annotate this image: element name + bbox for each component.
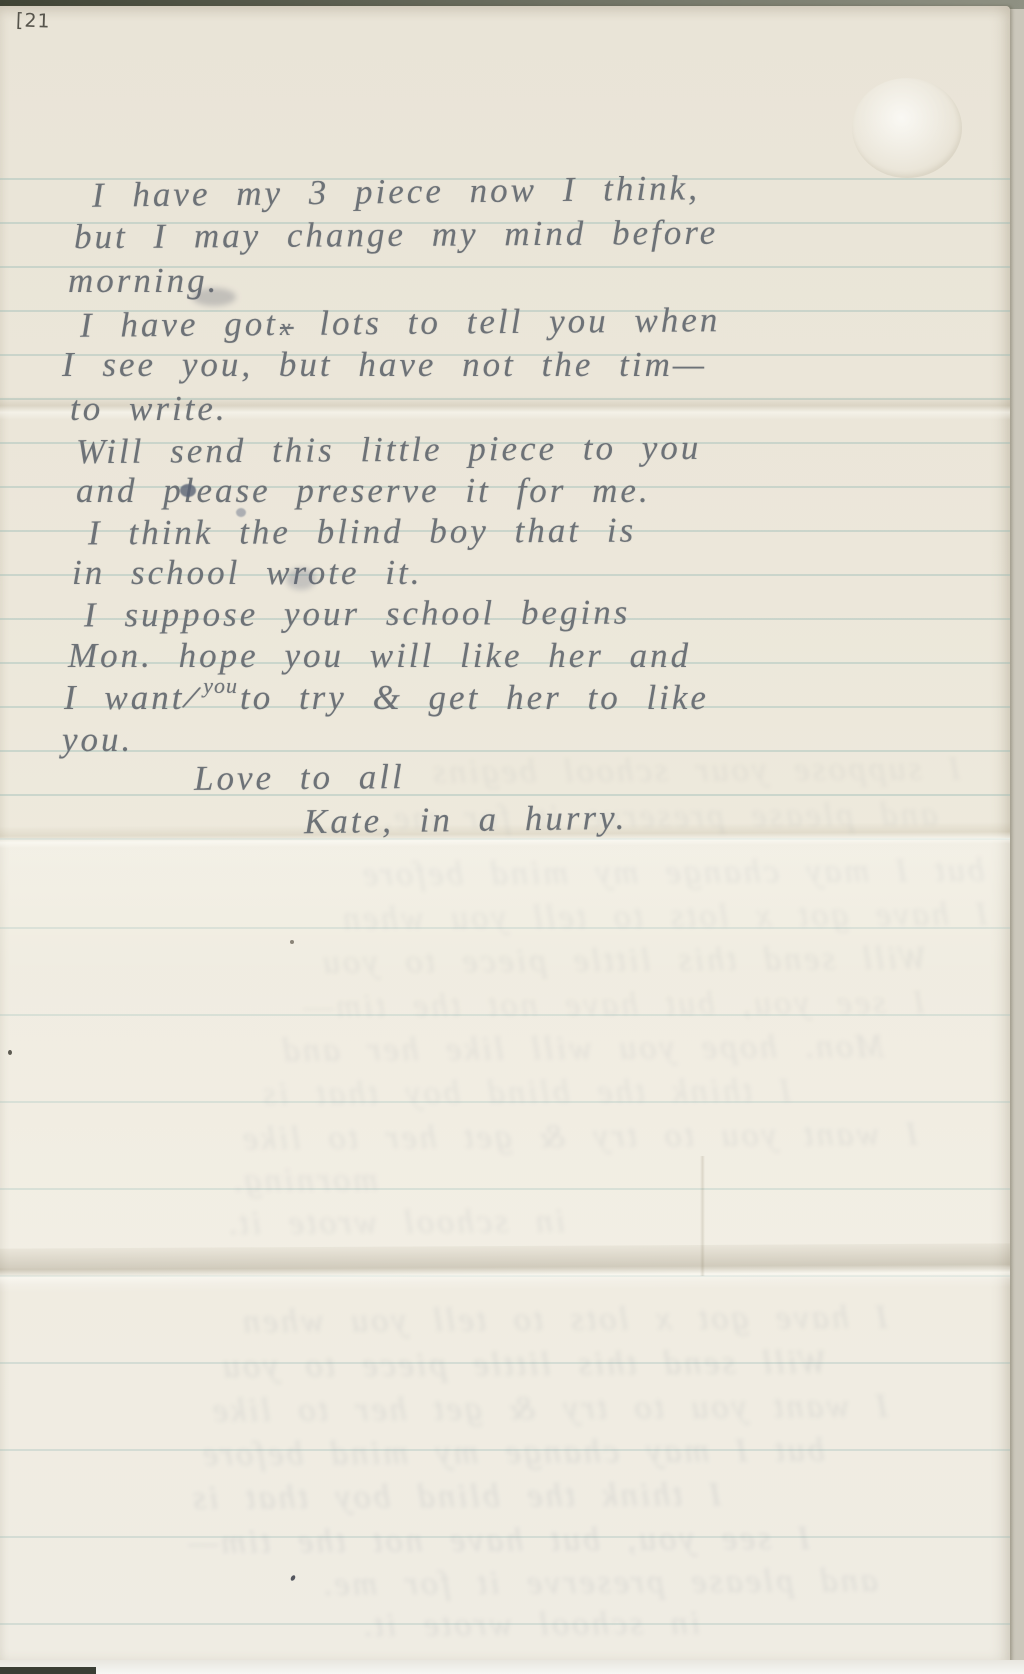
line-text: to try & get her to like bbox=[240, 678, 709, 717]
letter-line: I see you, but have not the tim— bbox=[62, 345, 707, 385]
ink-blot bbox=[180, 484, 196, 497]
letter-line: I have gotx lots to tell you when bbox=[80, 300, 721, 346]
ghost-line: I think the blind boy that is bbox=[190, 1476, 722, 1518]
line-text: lots to tell you when bbox=[319, 300, 720, 342]
letter-line: Will send this little piece to you bbox=[76, 428, 702, 472]
ghost-line: I want you to try & get her to like bbox=[240, 1116, 918, 1159]
letter-line: I want/youto try & get her to like bbox=[64, 678, 709, 718]
inserted-word: you bbox=[203, 673, 238, 698]
archival-number: [21 bbox=[16, 9, 51, 32]
letter-line: but I may change my mind before bbox=[74, 213, 718, 257]
ghost-line: and please preserve it for me. bbox=[380, 796, 938, 838]
line-text: I have got bbox=[80, 304, 278, 345]
ghost-line: in school wrote it. bbox=[360, 1605, 701, 1645]
letter-line: Mon. hope you will like her and bbox=[68, 636, 691, 676]
line-text: I want bbox=[64, 678, 184, 717]
scanner-edge-bottom-dark bbox=[0, 1667, 96, 1674]
letter-line: and please preserve it for me. bbox=[76, 471, 651, 511]
letter-line: to write. bbox=[70, 389, 228, 429]
fold-crease-lower bbox=[0, 1243, 1010, 1292]
ghost-line: Will send this little piece to you bbox=[320, 940, 927, 982]
paper-speck bbox=[8, 1050, 12, 1055]
ghost-line: I have got x lots to tell you when bbox=[240, 1299, 888, 1342]
letter-line: I have my 3 piece now I think, bbox=[92, 168, 700, 215]
insertion-caret: / bbox=[182, 677, 204, 719]
ghost-line: but I may change my mind before bbox=[200, 1432, 825, 1474]
paper-speck bbox=[290, 940, 294, 944]
scanned-letter: [21 I have my 3 piece now I think, but I… bbox=[0, 0, 1024, 1674]
letter-line: in school wrote it. bbox=[72, 553, 422, 593]
pencil-smudge bbox=[286, 568, 316, 590]
ghost-line: I suppose your school begins bbox=[430, 750, 961, 792]
ghost-line: Mon. hope you will like her and bbox=[280, 1028, 885, 1070]
letter-page: [21 I have my 3 piece now I think, but I… bbox=[0, 6, 1010, 1664]
embossed-seal bbox=[852, 78, 962, 178]
pencil-smudge bbox=[192, 288, 236, 306]
vertical-crease bbox=[700, 1156, 705, 1276]
ghost-line: I see you, but have not the tim— bbox=[300, 984, 925, 1026]
ghost-line: I think the blind boy that is bbox=[260, 1072, 792, 1114]
letter-line: you. bbox=[62, 720, 133, 760]
ghost-line: but I may change my mind before bbox=[360, 852, 985, 894]
ghost-line: I want you to try & get her to like bbox=[210, 1388, 888, 1431]
ghost-line: morning. bbox=[230, 1161, 378, 1200]
letter-closing: Love to all bbox=[194, 757, 405, 799]
letter-line: I think the blind boy that is bbox=[88, 511, 636, 554]
ink-blot bbox=[236, 508, 246, 517]
letter-line: I suppose your school begins bbox=[84, 593, 631, 636]
struck-letter: x bbox=[280, 315, 294, 341]
ghost-line: Will send this little piece to you bbox=[220, 1344, 827, 1386]
ghost-line: I see you, but have not the tim— bbox=[185, 1520, 810, 1562]
scanner-edge-bottom bbox=[0, 1660, 1024, 1674]
ghost-line: and please preserve it for me. bbox=[320, 1562, 878, 1604]
ghost-line: I have got x lots to tell you when bbox=[340, 896, 988, 939]
ghost-line: in school wrote it. bbox=[225, 1203, 566, 1243]
